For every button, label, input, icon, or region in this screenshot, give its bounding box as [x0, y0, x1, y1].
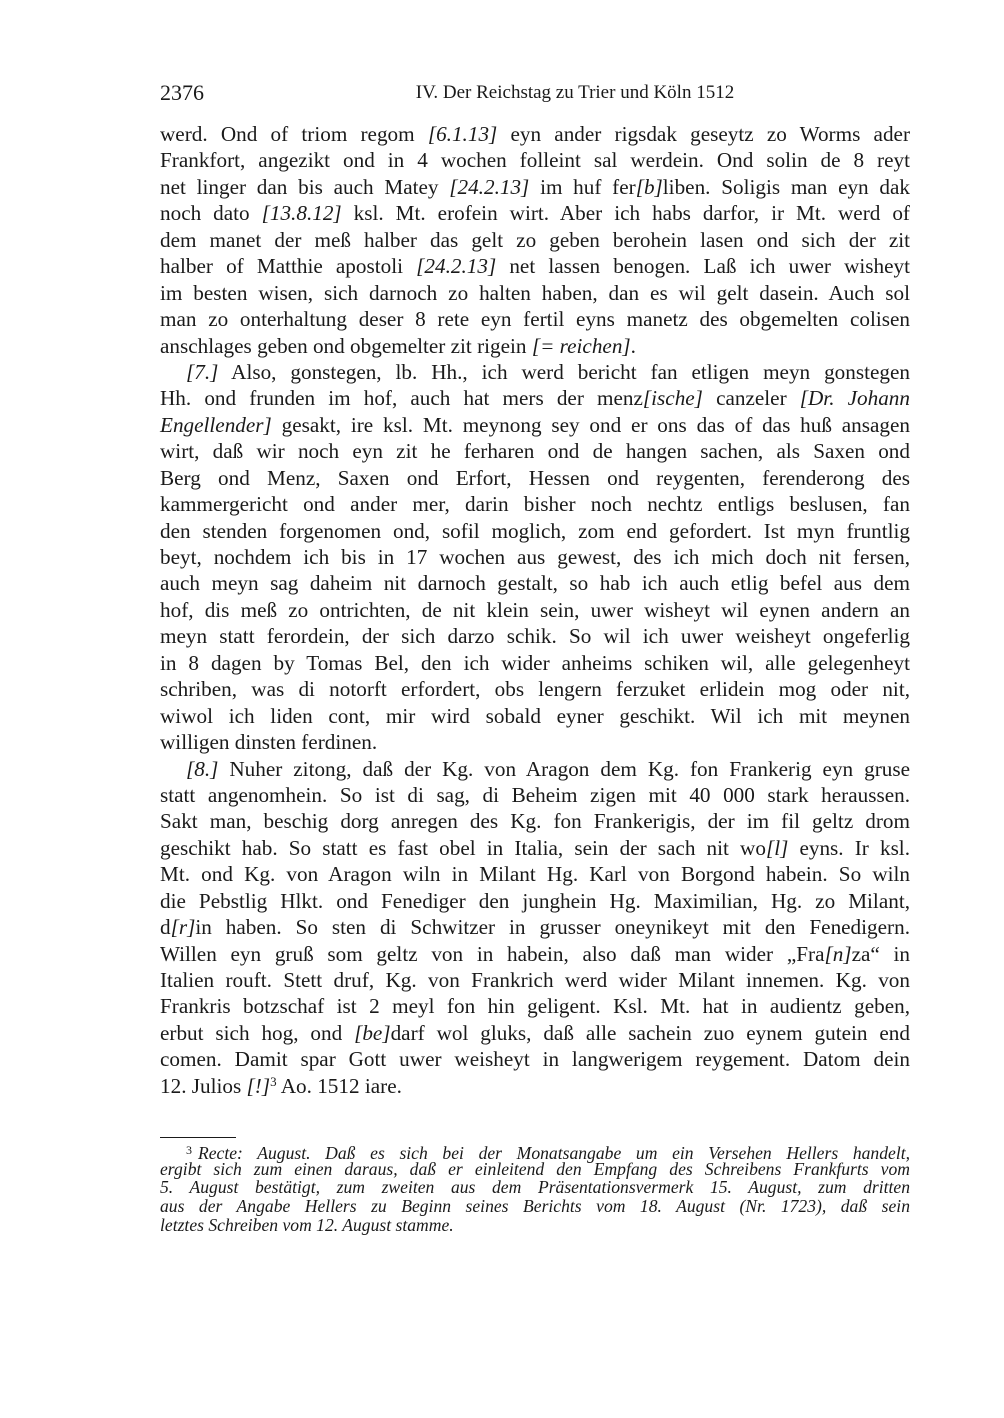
editorial-annotation: [l] [766, 836, 788, 860]
editorial-annotation: [r] [171, 915, 196, 939]
editorial-annotation: [8.] [186, 757, 218, 781]
text-segment: canzeler [703, 386, 800, 410]
text-line: den stenden forgenomen ond, sofil moglic… [160, 518, 910, 544]
text-segment: Hh. ond frunden im hof, auch hat mers de… [160, 386, 643, 410]
text-segment: Willen eyn gruß som geltz von in habein,… [160, 942, 824, 966]
text-line: Italien rouft. Stett druf, Kg. von Frank… [160, 967, 910, 993]
footnote-number: 3 [186, 1143, 192, 1157]
text-line: Mt. ond Kg. von Aragon wiln in Milant Hg… [160, 861, 910, 887]
editorial-annotation: [ische] [643, 386, 703, 410]
footnotes: 3Recte: August. Daß es sich bei der Mona… [160, 1141, 910, 1234]
editorial-annotation: Engellender] [160, 413, 272, 437]
text-line: im besten wisen, sich darnoch zo halten … [160, 280, 910, 306]
text-segment: erbut sich hog, ond [160, 1021, 354, 1045]
text-segment: anschlages geben ond obgemelter zit rige… [160, 334, 532, 358]
editorial-annotation: [24.2.13] [416, 254, 496, 278]
editorial-annotation: [24.2.13] [449, 175, 529, 199]
text-segment: geschikt hab. So statt es fast obel in I… [160, 836, 766, 860]
editorial-annotation: [Dr. Johann [800, 386, 910, 410]
text-line: [7.] Also, gonstegen, lb. Hh., ich werd … [160, 359, 910, 385]
text-line: auch meyn sag daheim nit darnoch gestalt… [160, 570, 910, 596]
text-segment: . [631, 334, 636, 358]
text-segment: wiwol ich liden cont, mir wird sobald ey… [160, 704, 910, 728]
text-segment: Mt. ond Kg. von Aragon wiln in Milant Hg… [160, 862, 910, 886]
text-line: beyt, nochdem ich bis in 17 wochen aus g… [160, 544, 910, 570]
text-line: comen. Damit spar Gott uwer weisheyt in … [160, 1046, 910, 1072]
footnote-line: 3Recte: August. Daß es sich bei der Mona… [160, 1141, 910, 1160]
text-segment: za“ in [852, 942, 910, 966]
text-segment: dem manet der meß halber das gelt zo geb… [160, 228, 910, 252]
text-line: halber of Matthie apostoli [24.2.13] net… [160, 253, 910, 279]
text-line: wirt, daß wir noch eyn zit he ferharen o… [160, 438, 910, 464]
text-line: 12. Julios [!]3 Ao. 1512 iare. [160, 1073, 910, 1099]
text-line: kammergericht ond ander mer, darin bishe… [160, 491, 910, 517]
footnote-line: letztes Schreiben vom 12. August stamme. [160, 1216, 910, 1235]
text-line: d[r]in haben. So sten di Schwitzer in gr… [160, 914, 910, 940]
text-line: [8.] Nuher zitong, daß der Kg. von Arago… [160, 756, 910, 782]
text-segment: noch dato [160, 201, 262, 225]
text-segment: ksl. Mt. erofein wirt. Aber ich habs dar… [342, 201, 910, 225]
text-segment: kammergericht ond ander mer, darin bishe… [160, 492, 910, 516]
text-segment: man zo onterhaltung deser 8 rete eyn fer… [160, 307, 910, 331]
footnote-text: aus der Angabe Hellers zu Beginn seines … [160, 1196, 910, 1216]
text-line: werd. Ond of triom regom [6.1.13] eyn an… [160, 121, 910, 147]
text-segment: net linger dan bis auch Matey [160, 175, 449, 199]
text-line: noch dato [13.8.12] ksl. Mt. erofein wir… [160, 200, 910, 226]
footnote-line: ergibt sich zum einen daraus, daß er ein… [160, 1160, 910, 1179]
text-line: statt angenomhein. So ist di sag, di Beh… [160, 782, 910, 808]
text-segment: auch meyn sag daheim nit darnoch gestalt… [160, 571, 910, 595]
text-segment: Italien rouft. Stett druf, Kg. von Frank… [160, 968, 910, 992]
footnote-text: letztes Schreiben vom 12. August stamme. [160, 1215, 454, 1235]
text-segment: eyn ander rigsdak geseytz zo Worms ader [497, 122, 910, 146]
text-segment: darf wol gluks, daß alle sachein zuo eyn… [391, 1021, 910, 1045]
editorial-annotation: [!] [247, 1074, 271, 1098]
text-line: Willen eyn gruß som geltz von in habein,… [160, 941, 910, 967]
text-segment: willigen dinsten ferdinen. [160, 730, 377, 754]
text-segment: schriben, was di notorft erfordert, obs … [160, 677, 910, 701]
footnote-line: 5. August bestätigt, zum zweiten aus dem… [160, 1178, 910, 1197]
footnote-separator [160, 1137, 236, 1138]
text-segment: werd. Ond of triom regom [160, 122, 428, 146]
text-line: Frankris botzschaf ist 2 meyl fon hin ge… [160, 993, 910, 1019]
editorial-annotation: [be] [354, 1021, 391, 1045]
running-title: IV. Der Reichstag zu Trier und Köln 1512 [160, 82, 910, 104]
text-segment: halber of Matthie apostoli [160, 254, 416, 278]
text-line: Hh. ond frunden im hof, auch hat mers de… [160, 385, 910, 411]
text-segment: hof, dis meß zo ontrichten, de nit klein… [160, 598, 910, 622]
text-line: Engellender] gesakt, ire ksl. Mt. meynon… [160, 412, 910, 438]
text-segment: im besten wisen, sich darnoch zo halten … [160, 281, 910, 305]
text-segment: Nuher zitong, daß der Kg. von Aragon dem… [218, 757, 910, 781]
text-segment: eyns. Ir ksl. [788, 836, 910, 860]
text-segment: 12. Julios [160, 1074, 247, 1098]
text-line: anschlages geben ond obgemelter zit rige… [160, 333, 910, 359]
editorial-annotation: [6.1.13] [428, 122, 497, 146]
text-segment: Ao. 1512 iare. [277, 1074, 402, 1098]
text-line: wiwol ich liden cont, mir wird sobald ey… [160, 703, 910, 729]
text-line: die Pebstlig Hlkt. ond Fenediger den jun… [160, 888, 910, 914]
editorial-annotation: [7.] [186, 360, 218, 384]
text-segment: Berg ond Menz, Saxen ond Erfort, Hessen … [160, 466, 910, 490]
text-segment: meyn statt ferordein, der sich darzo sch… [160, 624, 910, 648]
text-segment: gesakt, ire ksl. Mt. meynong sey ond er … [272, 413, 910, 437]
text-segment: net lassen benogen. Laß ich uwer wisheyt [496, 254, 910, 278]
main-text: werd. Ond of triom regom [6.1.13] eyn an… [160, 121, 910, 1099]
editorial-annotation: [= reichen] [532, 334, 631, 358]
text-line: schriben, was di notorft erfordert, obs … [160, 676, 910, 702]
text-segment: wirt, daß wir noch eyn zit he ferharen o… [160, 439, 910, 463]
text-line: geschikt hab. So statt es fast obel in I… [160, 835, 910, 861]
text-segment: den stenden forgenomen ond, sofil moglic… [160, 519, 910, 543]
text-segment: in 8 dagen by Tomas Bel, den ich wider a… [160, 651, 910, 675]
text-line: willigen dinsten ferdinen. [160, 729, 910, 755]
text-segment: im huf fer [529, 175, 635, 199]
text-line: net linger dan bis auch Matey [24.2.13] … [160, 174, 910, 200]
text-segment: die Pebstlig Hlkt. ond Fenediger den jun… [160, 889, 910, 913]
text-segment: Sakt man, beschig dorg anregen des Kg. f… [160, 809, 910, 833]
editorial-annotation: [13.8.12] [262, 201, 342, 225]
footnote-text: 5. August bestätigt, zum zweiten aus dem… [160, 1177, 910, 1197]
text-segment: Frankfort, angezikt ond in 4 wochen foll… [160, 148, 910, 172]
text-segment: beyt, nochdem ich bis in 17 wochen aus g… [160, 545, 910, 569]
text-line: man zo onterhaltung deser 8 rete eyn fer… [160, 306, 910, 332]
text-segment: comen. Damit spar Gott uwer weisheyt in … [160, 1047, 910, 1071]
text-line: Berg ond Menz, Saxen ond Erfort, Hessen … [160, 465, 910, 491]
text-line: meyn statt ferordein, der sich darzo sch… [160, 623, 910, 649]
text-segment: Also, gonstegen, lb. Hh., ich werd beric… [218, 360, 910, 384]
text-line: erbut sich hog, ond [be]darf wol gluks, … [160, 1020, 910, 1046]
page-header: 2376 IV. Der Reichstag zu Trier und Köln… [160, 80, 910, 108]
text-line: Frankfort, angezikt ond in 4 wochen foll… [160, 147, 910, 173]
text-segment: in haben. So sten di Schwitzer in grusse… [195, 915, 910, 939]
text-line: Sakt man, beschig dorg anregen des Kg. f… [160, 808, 910, 834]
text-line: in 8 dagen by Tomas Bel, den ich wider a… [160, 650, 910, 676]
editorial-annotation: [n] [824, 942, 851, 966]
text-segment: d [160, 915, 171, 939]
text-line: hof, dis meß zo ontrichten, de nit klein… [160, 597, 910, 623]
text-segment: Frankris botzschaf ist 2 meyl fon hin ge… [160, 994, 910, 1018]
footnote-line: aus der Angabe Hellers zu Beginn seines … [160, 1197, 910, 1216]
editorial-annotation: [b] [636, 175, 663, 199]
footnote-text: ergibt sich zum einen daraus, daß er ein… [160, 1159, 910, 1179]
text-segment: statt angenomhein. So ist di sag, di Beh… [160, 783, 910, 807]
text-line: dem manet der meß halber das gelt zo geb… [160, 227, 910, 253]
text-segment: liben. Soligis man eyn dak [663, 175, 910, 199]
